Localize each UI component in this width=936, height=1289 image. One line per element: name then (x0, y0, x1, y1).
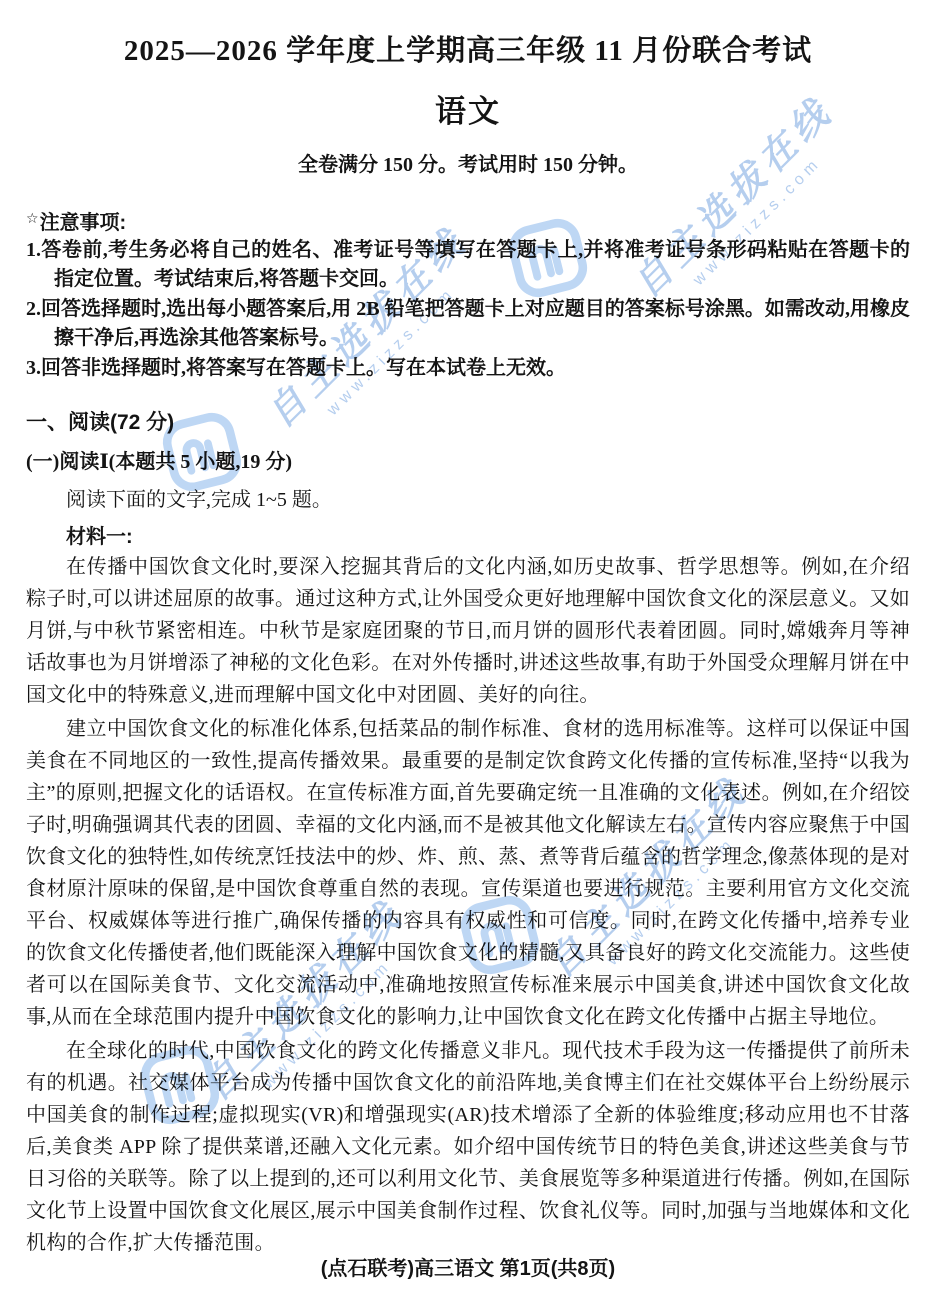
section-heading-reading: 一、阅读(72 分) (26, 406, 910, 436)
exam-page: 2025—2026 学年度上学期高三年级 11 月份联合考试 语文 全卷满分 1… (0, 0, 936, 1259)
notice-heading-label: 注意事项: (40, 212, 127, 234)
notice-item: 2.回答选择题时,选出每小题答案后,用 2B 铅笔把答题卡上对应题目的答案标号涂… (26, 295, 910, 353)
page-title: 2025—2026 学年度上学期高三年级 11 月份联合考试 (26, 28, 910, 69)
body-paragraph: 建立中国饮食文化的标准化体系,包括菜品的制作标准、食材的选用标准等。这样可以保证… (26, 713, 910, 1033)
reading-instruction: 阅读下面的文字,完成 1~5 题。 (26, 483, 910, 512)
notice-heading: ☆注意事项: (26, 206, 910, 235)
page-footer: (点石联考)高三语文 第1页(共8页) (0, 1252, 936, 1281)
notice-item: 1.答卷前,考生务必将自己的姓名、准考证号等填写在答题卡上,并将准考证号条形码粘… (26, 236, 910, 294)
exam-meta: 全卷满分 150 分。考试用时 150 分钟。 (26, 148, 910, 177)
notice-item: 3.回答非选择题时,将答案写在答题卡上。写在本试卷上无效。 (26, 354, 910, 383)
star-icon: ☆ (26, 210, 39, 226)
body-paragraph: 在全球化的时代,中国饮食文化的跨文化传播意义非凡。现代技术手段为这一传播提供了前… (26, 1035, 910, 1259)
subject-title: 语文 (26, 86, 910, 131)
subsection-heading-reading-1: (一)阅读Ⅰ(本题共 5 小题,19 分) (26, 445, 910, 474)
body-paragraph: 在传播中国饮食文化时,要深入挖掘其背后的文化内涵,如历史故事、哲学思想等。例如,… (26, 551, 910, 711)
material-one-label: 材料一: (26, 520, 910, 549)
